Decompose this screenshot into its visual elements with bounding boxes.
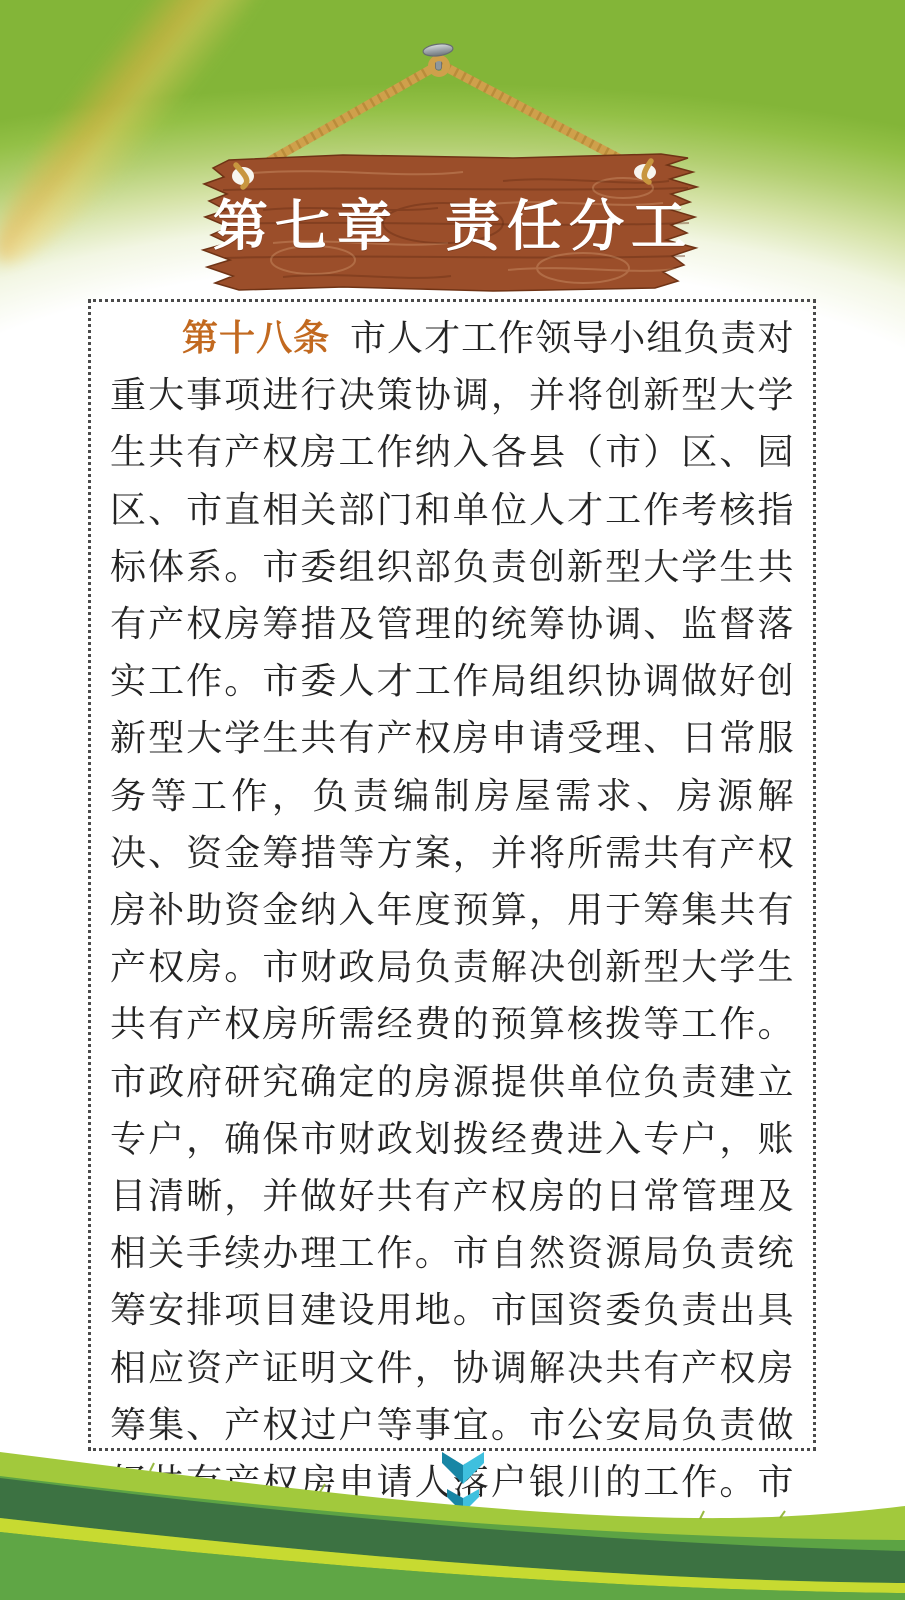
- chapter-sign: 第七章 责任分工: [193, 148, 713, 298]
- bottom-waves: [0, 1430, 905, 1600]
- article-box: 第十八条市人才工作领导小组负责对重大事项进行决策协调，并将创新型大学生共有产权房…: [88, 299, 816, 1451]
- article-body: 市人才工作领导小组负责对重大事项进行决策协调，并将创新型大学生共有产权房工作纳入…: [110, 318, 794, 1560]
- poster-page: 第七章 责任分工 第十八条市人才工作领导小组负责对重大事项进行决策协调，并将创新…: [0, 0, 905, 1600]
- article-number: 第十八条: [182, 317, 330, 359]
- chapter-title: 第七章 责任分工: [193, 182, 713, 261]
- article-text: 第十八条市人才工作领导小组负责对重大事项进行决策协调，并将创新型大学生共有产权房…: [110, 310, 794, 1568]
